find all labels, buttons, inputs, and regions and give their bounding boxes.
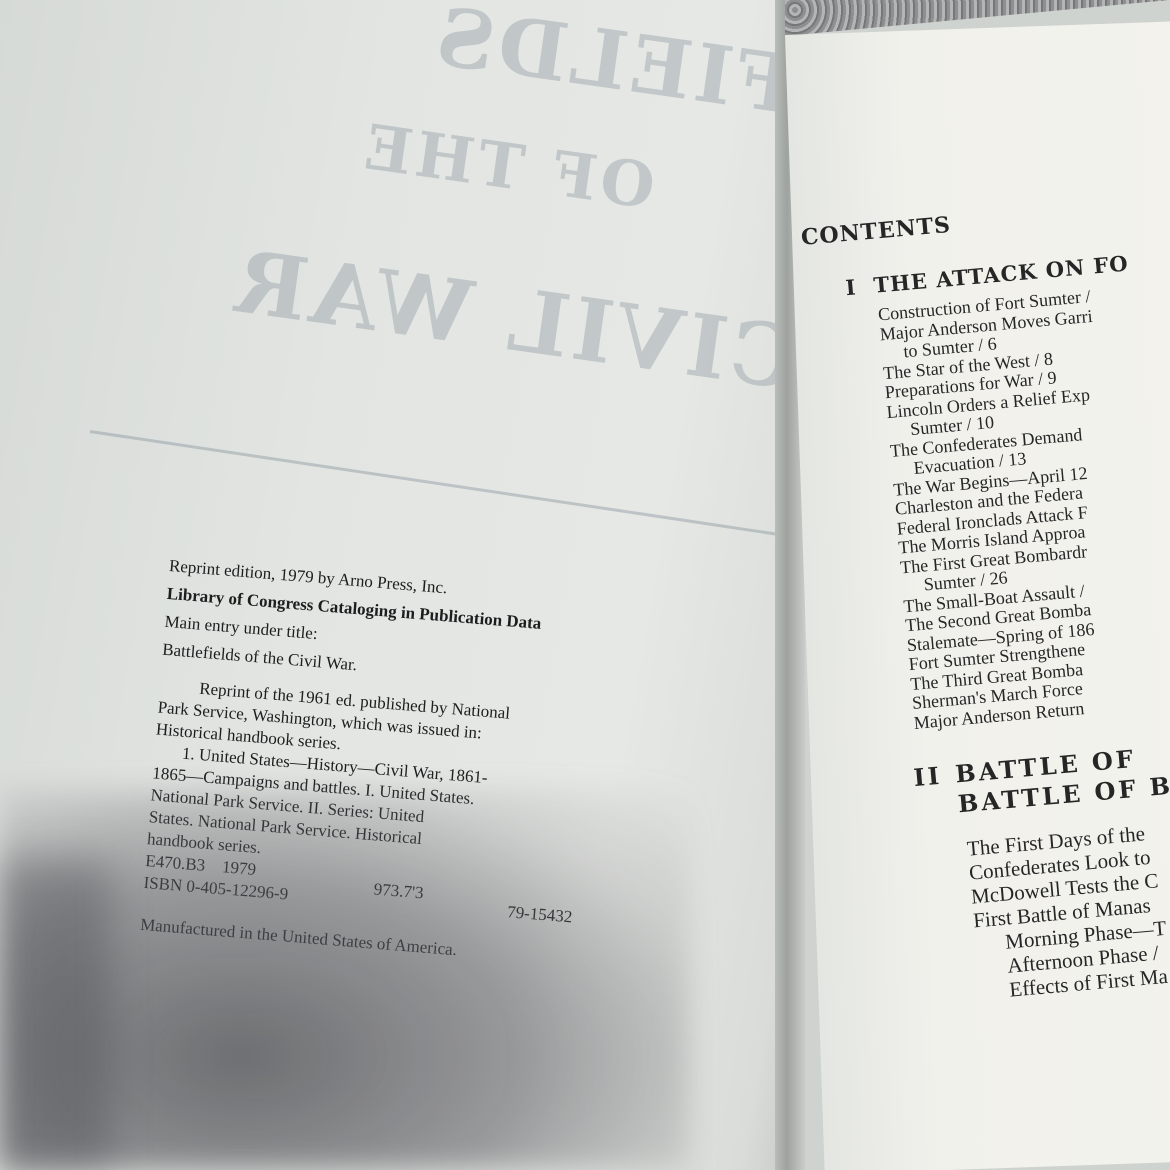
section-entries: Construction of Fort Sumter / Major Ande… [877, 275, 1170, 733]
copyright-page: BATTLEFIELDS OF THE CIVIL WAR Reprint ed… [0, 0, 790, 1170]
section-heading: IIBATTLE OF BATTLE OF BU [912, 732, 1170, 823]
section-entries: The First Days of the Confederates Look … [966, 810, 1170, 1004]
bleed-through-title-line-3: CIVIL WAR [226, 231, 806, 411]
bleed-through-rule [90, 430, 783, 536]
toc-section-2: IIBATTLE OF BATTLE OF BU The First Days … [848, 732, 1170, 1014]
section-number: I [845, 273, 875, 300]
edge-shadow [0, 860, 110, 1170]
book-photo: BATTLEFIELDS OF THE CIVIL WAR Reprint ed… [0, 0, 1170, 1170]
section-number: II [912, 760, 956, 794]
toc-section-1: ITHE ATTACK ON FO Construction of Fort S… [805, 242, 1170, 739]
bleed-through-title-line-2: OF THE [356, 110, 659, 223]
